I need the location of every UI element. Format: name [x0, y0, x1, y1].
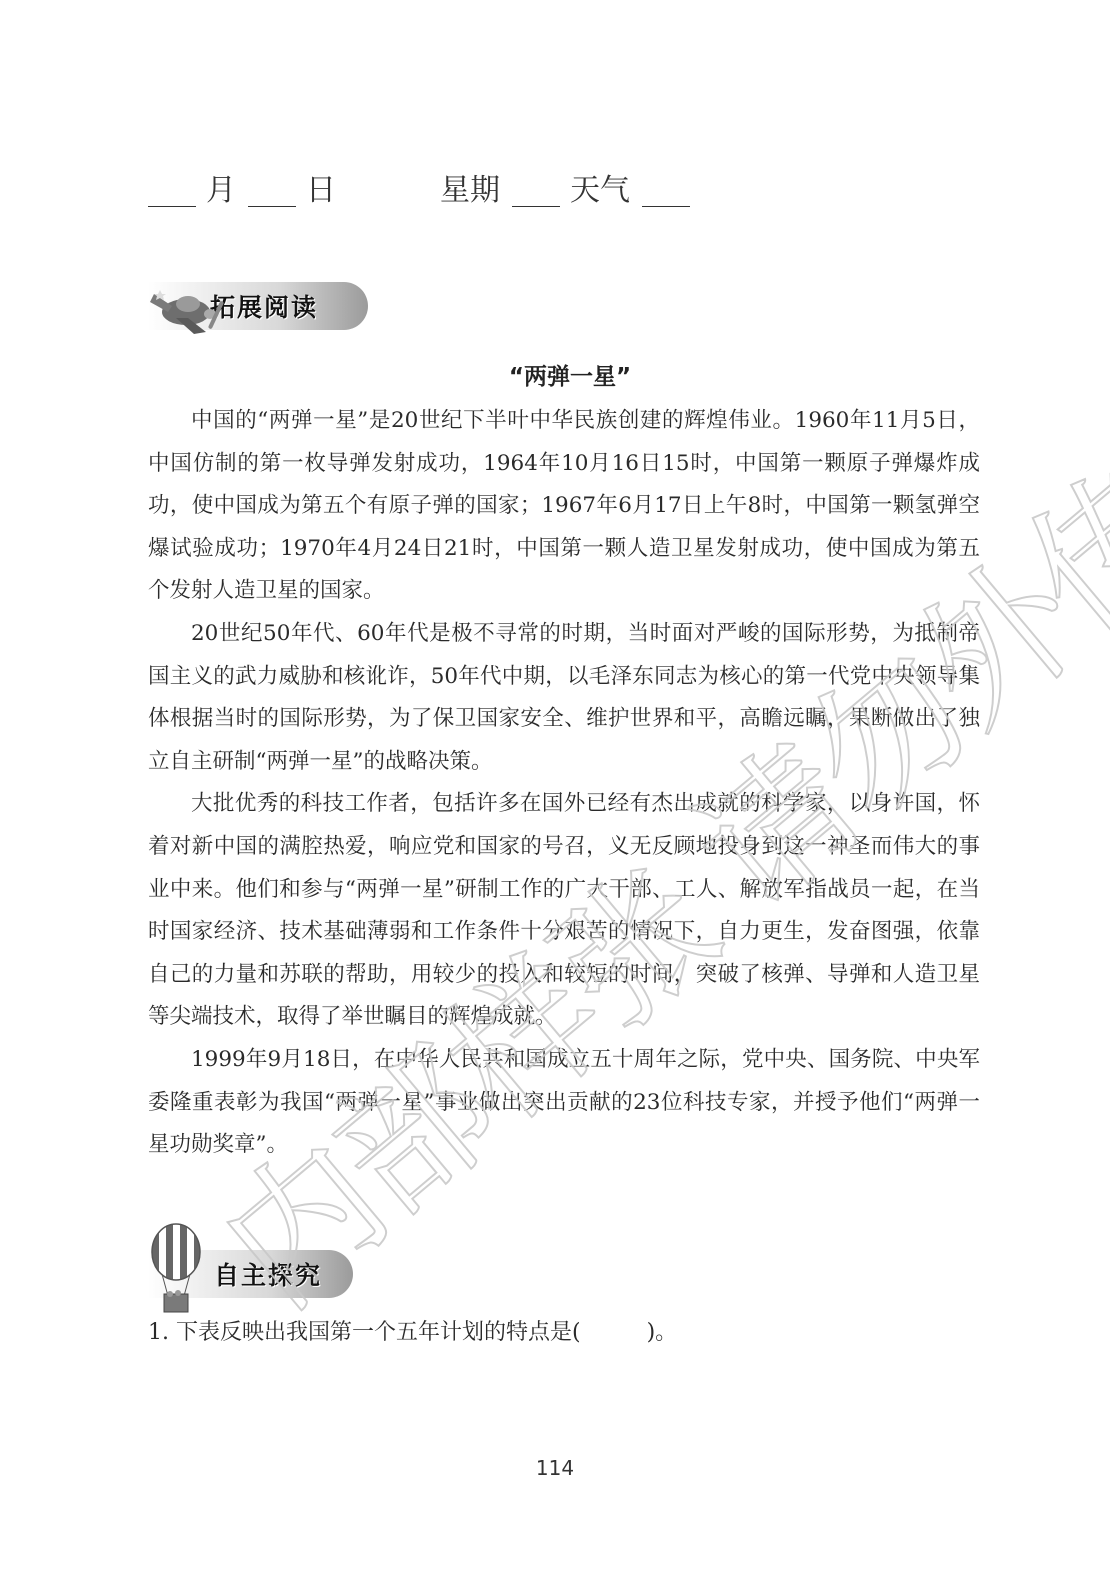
- section-header-reading: 拓展阅读: [148, 282, 368, 330]
- date-weather-line: 月 日 星期 天气: [148, 165, 700, 209]
- article-title: “两弹一星”: [0, 358, 1110, 391]
- article-paragraph: 20世纪50年代、60年代是极不寻常的时期，当时面对严峻的国际形势，为抵制帝国主…: [148, 613, 980, 783]
- weather-blank[interactable]: [642, 180, 690, 207]
- article-paragraph: 1999年9月18日，在中华人民共和国成立五十周年之际，党中央、国务院、中央军委…: [148, 1039, 980, 1167]
- day-blank[interactable]: [248, 180, 296, 207]
- month-blank[interactable]: [148, 180, 196, 207]
- month-label: 月: [206, 165, 236, 209]
- page-number: 114: [0, 1456, 1110, 1480]
- article-paragraph: 大批优秀的科技工作者，包括许多在国外已经有杰出成就的科学家，以身许国，怀着对新中…: [148, 783, 980, 1039]
- article-paragraph: 中国的“两弹一星”是20世纪下半叶中华民族创建的辉煌伟业。1960年11月5日，…: [148, 400, 980, 613]
- day-label: 日: [306, 165, 336, 209]
- airplane-icon: [148, 282, 228, 342]
- article-body: 中国的“两弹一星”是20世纪下半叶中华民族创建的辉煌伟业。1960年11月5日，…: [148, 400, 980, 1167]
- weekday-blank[interactable]: [512, 180, 560, 207]
- weather-label: 天气: [570, 165, 630, 209]
- hot-air-balloon-icon: [148, 1222, 208, 1317]
- question-1: 1. 下表反映出我国第一个五年计划的特点是( )。: [148, 1315, 677, 1346]
- weekday-label: 星期: [440, 165, 500, 209]
- section-header-inquiry: 自主探究: [148, 1222, 353, 1298]
